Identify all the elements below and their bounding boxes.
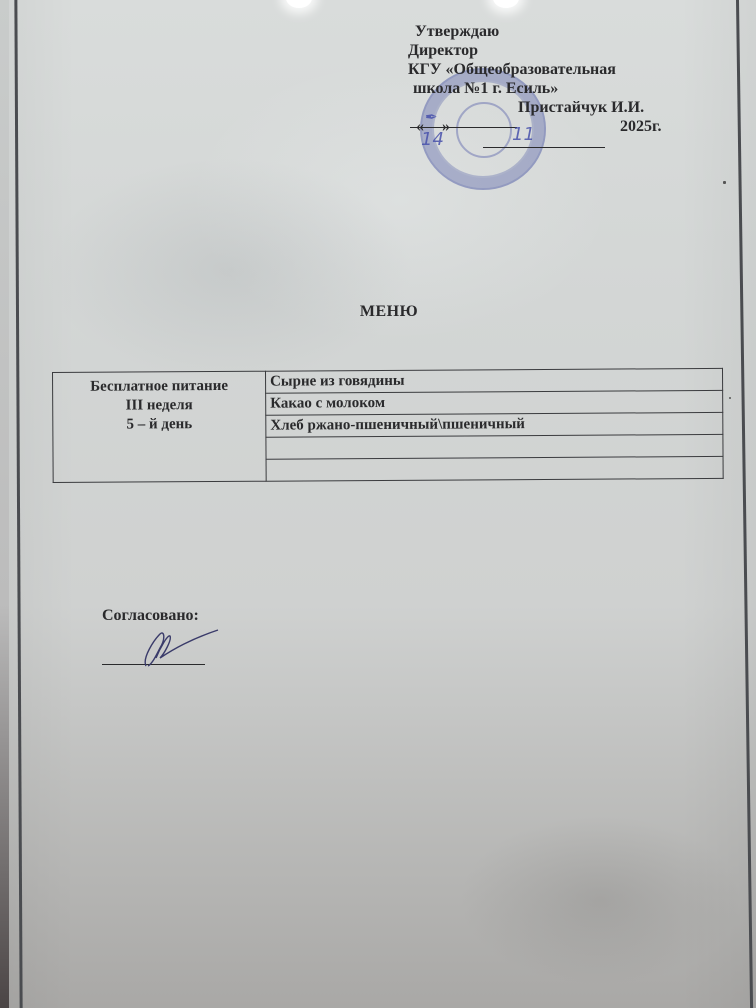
agreement-label: Согласовано:	[102, 607, 199, 625]
approve-label: Утверждаю	[408, 22, 708, 41]
category-week: III неделя	[57, 396, 261, 416]
paper-speck	[723, 181, 726, 184]
menu-item: Какао с молоком	[266, 390, 723, 415]
date-month-handwritten: 11	[512, 124, 535, 145]
category-title: Бесплатное питание	[57, 377, 261, 397]
category-day: 5 – й день	[57, 415, 261, 435]
menu-item-empty	[266, 434, 723, 459]
agreement-signature	[140, 628, 220, 670]
approval-block: Утверждаю Директор КГУ «Общеобразователь…	[408, 22, 708, 136]
director-signature-line	[410, 127, 517, 128]
document-title: МЕНЮ	[0, 303, 756, 321]
organization-line-2: школа №1 г. Есиль»	[408, 79, 708, 98]
menu-table: Бесплатное питание III неделя 5 – й день…	[52, 368, 724, 483]
date-day-handwritten: 14	[421, 129, 444, 150]
menu-item-empty	[266, 456, 723, 481]
menu-category-cell: Бесплатное питание III неделя 5 – й день	[53, 371, 267, 482]
date-month-line	[483, 147, 605, 148]
director-name: Пристайчук И.И.	[408, 98, 708, 117]
paper-speck	[729, 397, 731, 399]
photo-background	[0, 0, 756, 1008]
director-signature: ✒	[425, 108, 438, 126]
date-year: 2025г.	[620, 117, 661, 136]
menu-item: Хлеб ржано-пшеничный\пшеничный	[266, 412, 723, 437]
organization-line-1: КГУ «Общеобразовательная	[408, 60, 708, 79]
menu-item: Сырне из говядины	[265, 368, 722, 393]
director-position: Директор	[408, 41, 708, 60]
page-edge	[0, 0, 9, 1008]
